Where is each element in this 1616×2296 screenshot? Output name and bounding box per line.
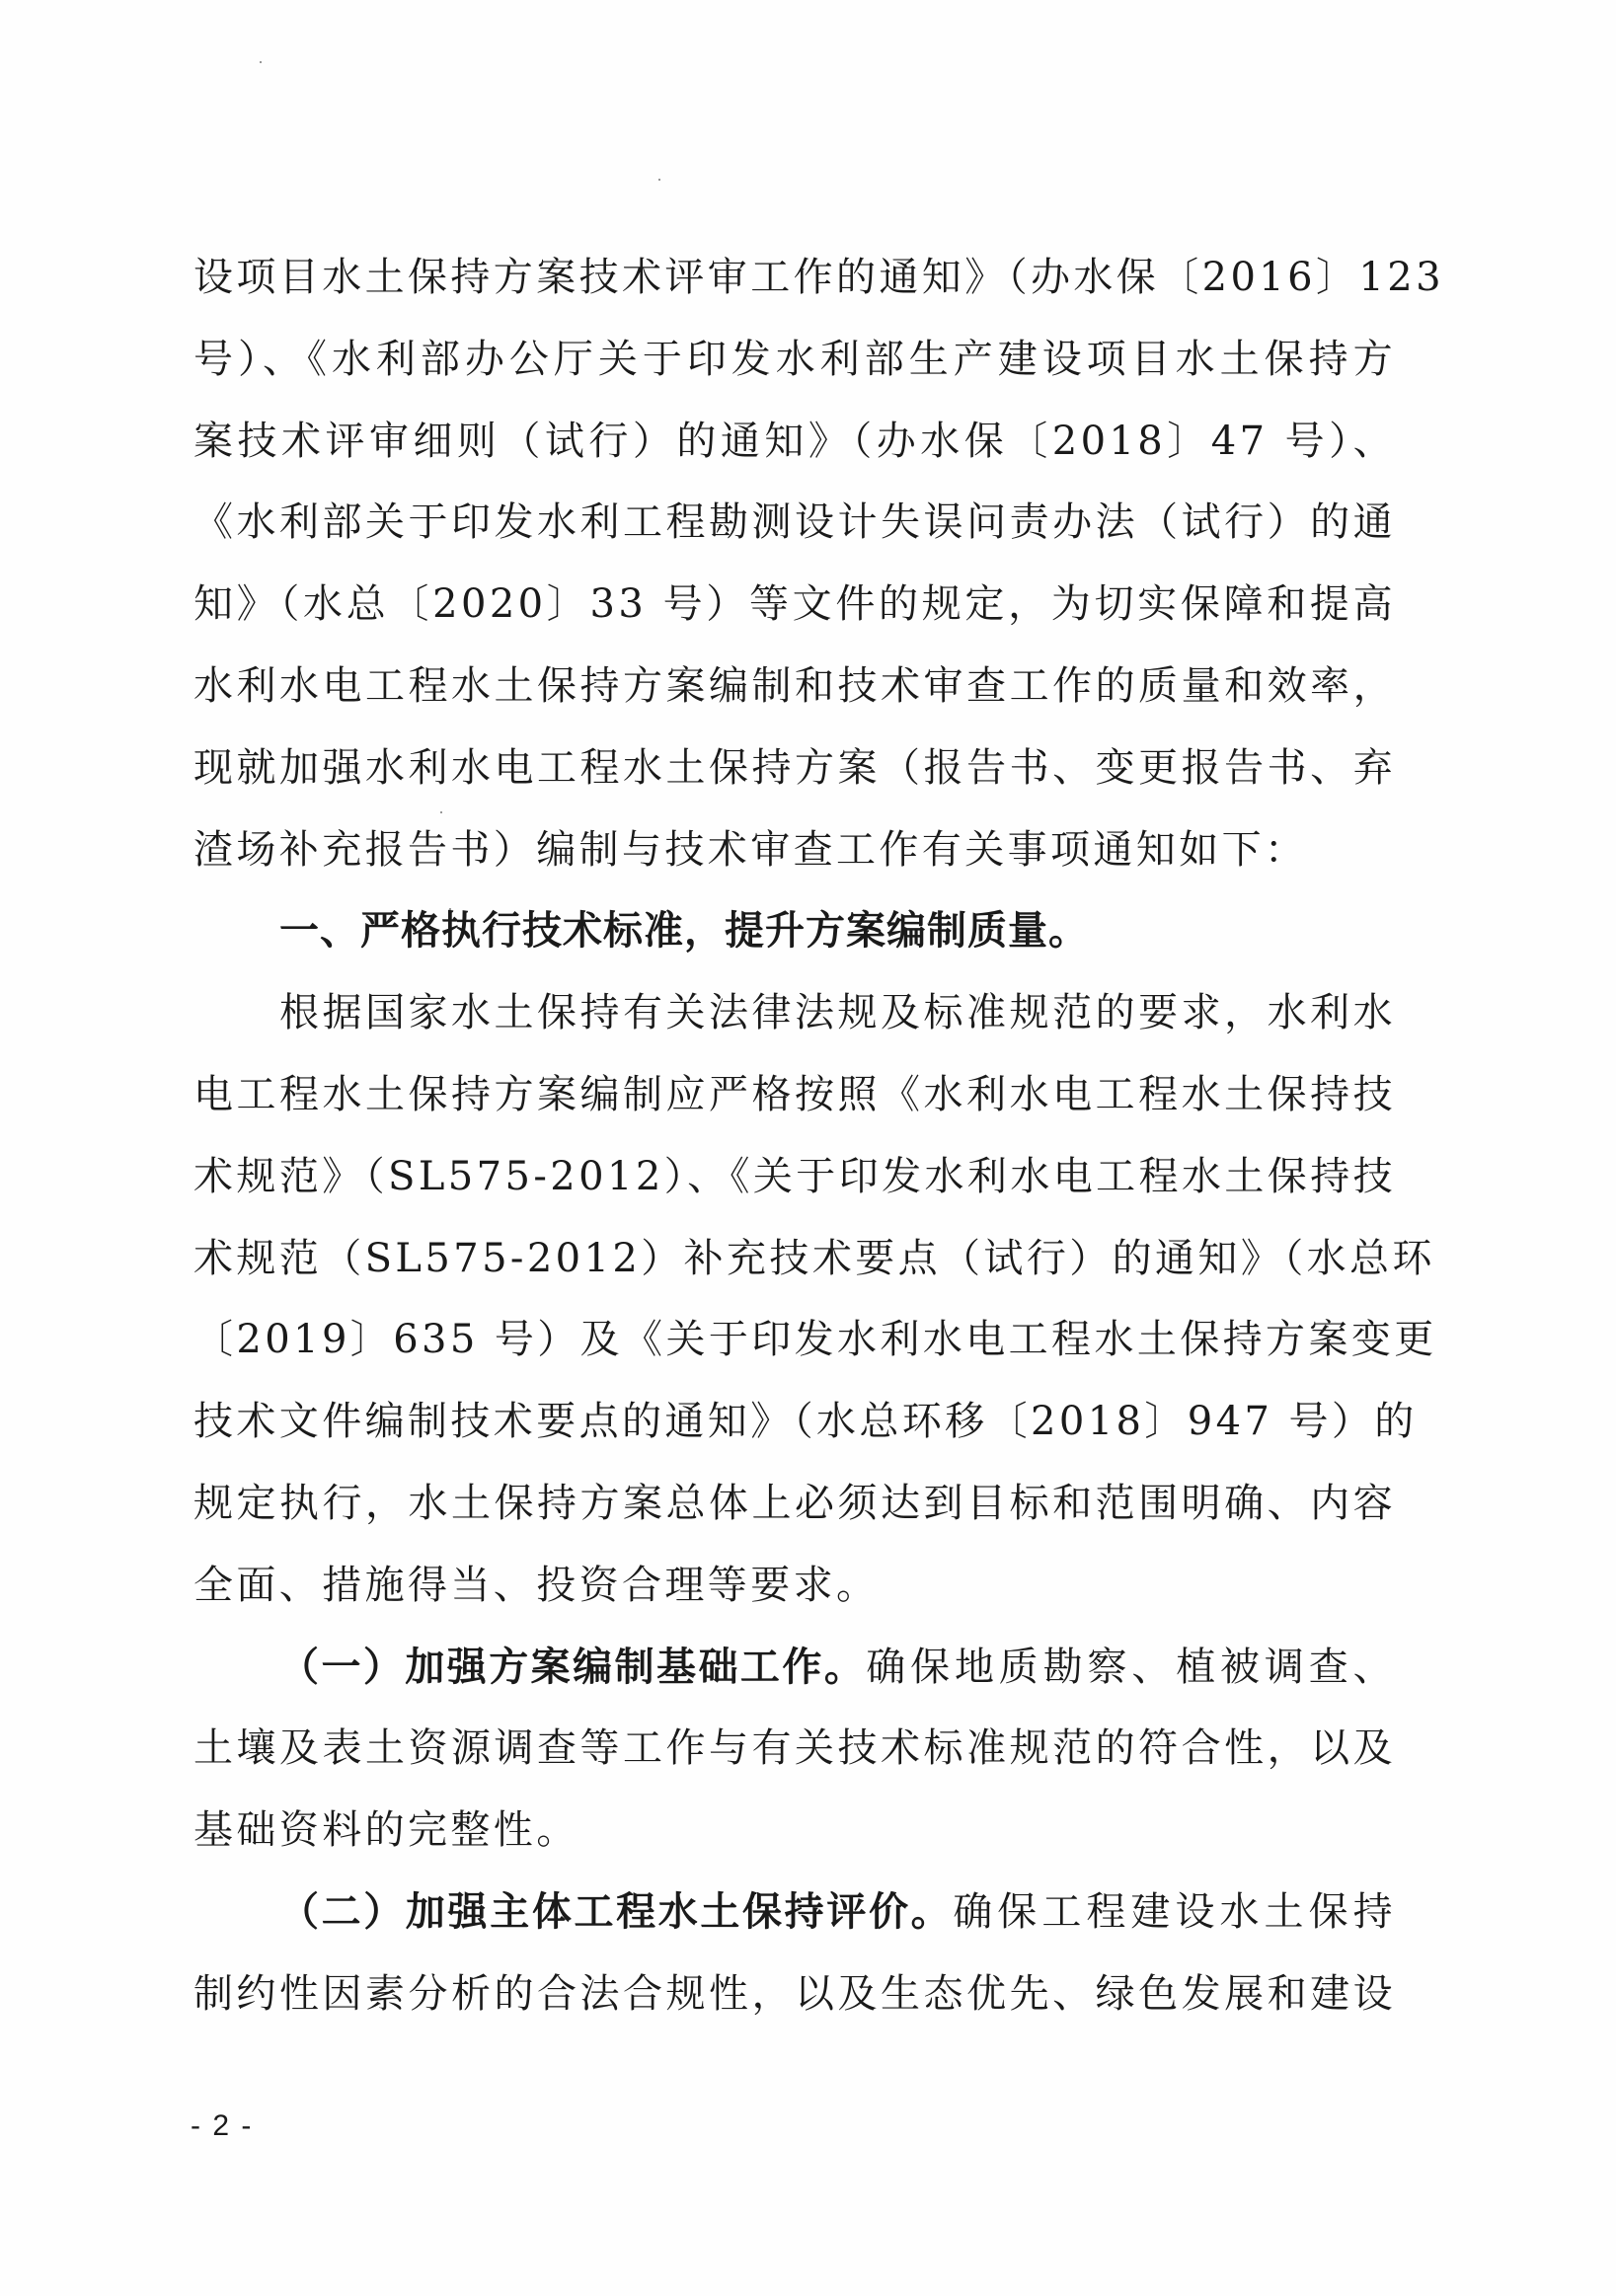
- subitem-2-text: 确保工程建设水土保持: [953, 1889, 1396, 1935]
- subitem-2-line: 制约性因素分析的合法合规性，以及生态优先、绿色发展和建设: [193, 1953, 1396, 2035]
- scan-speck: [658, 179, 660, 181]
- body-line: 案技术评审细则（试行）的通知》（办水保〔2018〕47 号）、: [193, 401, 1396, 483]
- section-paragraph-line: 根据国家水土保持有关法律法规及标准规范的要求，水利水: [193, 972, 1396, 1054]
- section-paragraph-line: 规定执行，水土保持方案总体上必须达到目标和范围明确、内容: [193, 1463, 1396, 1545]
- subitem-2-title: （二）加强主体工程水土保持评价。: [279, 1889, 953, 1935]
- subitem-1-line: 土壤及表土资源调查等工作与有关技术标准规范的符合性，以及: [193, 1708, 1396, 1790]
- body-line: 水利水电工程水土保持方案编制和技术审查工作的质量和效率，: [193, 646, 1396, 727]
- section-paragraph-line: 技术文件编制技术要点的通知》（水总环移〔2018〕947 号）的: [193, 1381, 1396, 1463]
- body-line: 设项目水土保持方案技术评审工作的通知》（办水保〔2016〕123: [193, 237, 1396, 319]
- document-body: 设项目水土保持方案技术评审工作的通知》（办水保〔2016〕123 号）、《水利部…: [193, 237, 1396, 2035]
- scan-speck: [260, 61, 262, 63]
- body-line: 现就加强水利水电工程水土保持方案（报告书、变更报告书、弃: [193, 727, 1396, 809]
- body-line: 渣场补充报告书）编制与技术审查工作有关事项通知如下：: [193, 809, 1396, 891]
- document-page: 设项目水土保持方案技术评审工作的通知》（办水保〔2016〕123 号）、《水利部…: [0, 0, 1616, 2296]
- subitem-2-first-line: （二）加强主体工程水土保持评价。确保工程建设水土保持: [193, 1872, 1396, 1953]
- section-paragraph-line: 术规范》（SL575-2012）、《关于印发水利水电工程水土保持技: [193, 1136, 1396, 1218]
- subitem-1-line: 基础资料的完整性。: [193, 1790, 1396, 1872]
- section-paragraph-line: 电工程水土保持方案编制应严格按照《水利水电工程水土保持技: [193, 1054, 1396, 1136]
- subitem-1-first-line: （一）加强方案编制基础工作。确保地质勘察、植被调查、: [193, 1627, 1396, 1709]
- body-line: 《水利部关于印发水利工程勘测设计失误问责办法（试行）的通: [193, 482, 1396, 564]
- section-paragraph-line: 〔2019〕635 号）及《关于印发水利水电工程水土保持方案变更: [193, 1299, 1396, 1381]
- section-heading: 一、严格执行技术标准，提升方案编制质量。: [193, 890, 1396, 972]
- subitem-1-text: 确保地质勘察、植被调查、: [866, 1645, 1396, 1690]
- subitem-1-title: （一）加强方案编制基础工作。: [279, 1645, 866, 1690]
- page-number: - 2 -: [191, 2109, 253, 2143]
- section-paragraph-line: 全面、措施得当、投资合理等要求。: [193, 1545, 1396, 1627]
- section-paragraph-line: 术规范（SL575-2012）补充技术要点（试行）的通知》（水总环: [193, 1218, 1396, 1300]
- body-line: 知》（水总〔2020〕33 号）等文件的规定，为切实保障和提高: [193, 564, 1396, 646]
- body-line: 号）、《水利部办公厅关于印发水利部生产建设项目水土保持方: [193, 319, 1396, 401]
